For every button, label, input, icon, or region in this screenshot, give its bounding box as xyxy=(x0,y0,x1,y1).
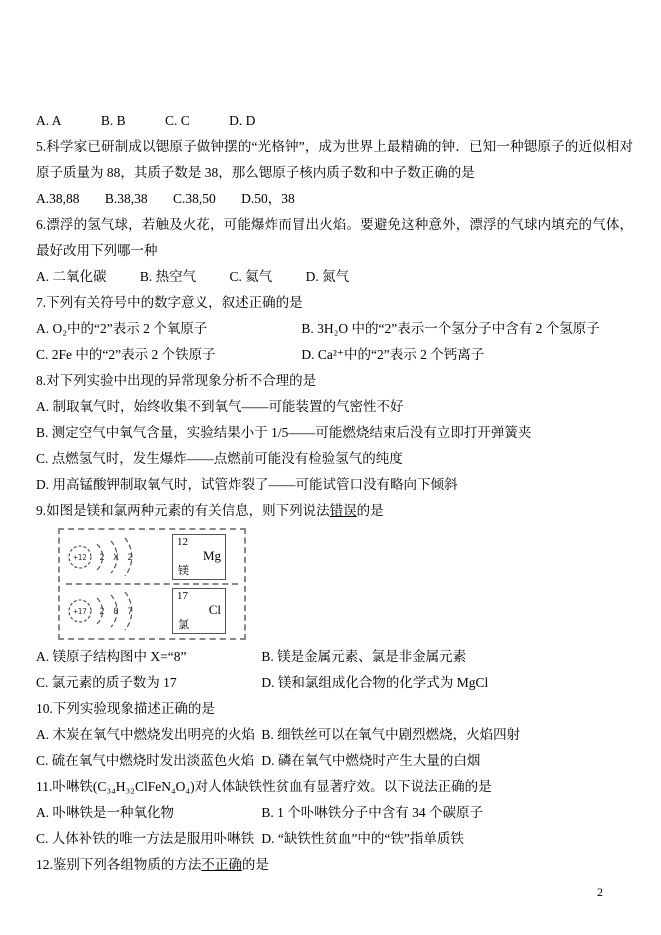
content-area: A. A B. B C. C D. D 5.科学家已研制成以锶原子做钟摆的“光格… xyxy=(36,108,633,878)
question5-options: A.38,88 B.38,38 C.38,50 D.50，38 xyxy=(36,186,633,212)
option-c: C. 氦气 xyxy=(230,264,273,290)
question9-options-row1: A. 镁原子结构图中 X=“8” B. 镁是金属元素、氯是非金属元素 xyxy=(36,644,633,670)
question12-stem-pre: 12.鉴别下列各组物质的方法 xyxy=(36,857,201,872)
svg-text:+17: +17 xyxy=(73,607,87,616)
option-b: B. 镁是金属元素、氯是非金属元素 xyxy=(261,644,466,670)
question7-options-row1: A. O₂中的“2”表示 2 个氧原子 B. 3H₂O 中的“2”表示一个氢分子… xyxy=(36,316,633,342)
question11-options-row1: A. 卟啉铁是一种氧化物 B. 1 个卟啉铁分子中含有 34 个碳原子 xyxy=(36,800,633,826)
mg-symbol: Mg xyxy=(203,549,221,563)
element-info-diagram: +12 2 X 2 12 Mg 镁 +17 xyxy=(58,528,246,640)
option-c: C. C xyxy=(165,108,190,134)
magnesium-atom-structure-diagram: +12 2 X 2 xyxy=(66,534,166,580)
svg-text:7: 7 xyxy=(127,607,132,617)
option-a: A.38,88 xyxy=(36,186,80,212)
question8-option-b: B. 测定空气中氧气含量，实验结果小于 1/5——可能燃烧结束后没有立即打开弹簧… xyxy=(36,420,633,446)
option-a: A. A xyxy=(36,108,62,134)
option-b: B. 热空气 xyxy=(140,264,196,290)
option-d: D.50，38 xyxy=(241,186,295,212)
svg-text:X: X xyxy=(113,553,119,563)
question6-stem: 6.漂浮的氢气球，若触及火花，可能爆炸而冒出火焰。要避免这种意外，漂浮的气球内填… xyxy=(36,212,633,264)
question6-options: A. 二氧化碳 B. 热空气 C. 氦气 D. 氮气 xyxy=(36,264,633,290)
diagram-divider xyxy=(66,583,238,585)
option-c: C. 硫在氧气中燃烧时发出淡蓝色火焰 xyxy=(36,748,258,774)
magnesium-element-box: 12 Mg 镁 xyxy=(172,534,226,580)
question8-option-a: A. 制取氧气时，始终收集不到氧气——可能装置的气密性不好 xyxy=(36,394,633,420)
option-b: B. 3H₂O 中的“2”表示一个氢分子中含有 2 个氢原子 xyxy=(301,316,599,342)
question8-option-d: D. 用高锰酸钾制取氧气时，试管炸裂了——可能试管口没有略向下倾斜 xyxy=(36,472,633,498)
question12-stem-post: 的是 xyxy=(242,857,269,872)
chlorine-element-box: 17 Cl 氯 xyxy=(172,588,226,634)
option-d: D. 镁和氯组成化合物的化学式为 MgCl xyxy=(261,670,488,696)
question9-stem-post: 的是 xyxy=(357,503,384,518)
option-b: B. 细铁丝可以在氧气中剧烈燃烧，火焰四射 xyxy=(261,722,520,748)
question4-answer-options: A. A B. B C. C D. D xyxy=(36,108,633,134)
svg-text:8: 8 xyxy=(113,607,118,617)
option-d: D. D xyxy=(229,108,255,134)
question8-option-c: C. 点燃氢气时，发生爆炸——点燃前可能没有检验氢气的纯度 xyxy=(36,446,633,472)
option-b: B.38,38 xyxy=(105,186,148,212)
svg-text:2: 2 xyxy=(99,607,104,617)
option-c: C. 人体补铁的唯一方法是服用卟啉铁 xyxy=(36,826,258,852)
option-a: A. O₂中的“2”表示 2 个氧原子 xyxy=(36,316,298,342)
question10-options-row1: A. 木炭在氧气中燃烧发出明亮的火焰 B. 细铁丝可以在氧气中剧烈燃烧，火焰四射 xyxy=(36,722,633,748)
option-a: A. 镁原子结构图中 X=“8” xyxy=(36,644,258,670)
cl-chinese-name: 氯 xyxy=(178,619,189,631)
option-d: D. 磷在氧气中燃烧时产生大量的白烟 xyxy=(261,748,480,774)
question10-options-row2: C. 硫在氧气中燃烧时发出淡蓝色火焰 D. 磷在氧气中燃烧时产生大量的白烟 xyxy=(36,748,633,774)
question5-stem: 5.科学家已研制成以锶原子做钟摆的“光格钟”，成为世界上最精确的钟．已知一种锶原… xyxy=(36,134,633,186)
cl-symbol: Cl xyxy=(209,603,221,617)
exam-paper-page: A. A B. B C. C D. D 5.科学家已研制成以锶原子做钟摆的“光格… xyxy=(0,0,661,935)
question9-stem-underlined: 错误 xyxy=(330,503,357,518)
option-b: B. 1 个卟啉铁分子中含有 34 个碳原子 xyxy=(261,800,483,826)
option-c: C. 氯元素的质子数为 17 xyxy=(36,670,258,696)
option-a: A. 二氧化碳 xyxy=(36,264,107,290)
svg-text:+12: +12 xyxy=(73,553,87,562)
magnesium-row: +12 2 X 2 12 Mg 镁 xyxy=(66,534,238,580)
question8-stem: 8.对下列实验中出现的异常现象分析不合理的是 xyxy=(36,368,633,394)
chlorine-atom-structure-diagram: +17 2 8 7 xyxy=(66,588,166,634)
question11-options-row2: C. 人体补铁的唯一方法是服用卟啉铁 D. “缺铁性贫血”中的“铁”指单质铁 xyxy=(36,826,633,852)
question9-options-row2: C. 氯元素的质子数为 17 D. 镁和氯组成化合物的化学式为 MgCl xyxy=(36,670,633,696)
option-c: C. 2Fe 中的“2”表示 2 个铁原子 xyxy=(36,342,298,368)
cl-atomic-number: 17 xyxy=(177,590,188,602)
question10-stem: 10.下列实验现象描述正确的是 xyxy=(36,696,633,722)
question11-stem: 11.卟啉铁(C₃₄H₃₂ClFeN₄O₄)对人体缺铁性贫血有显著疗效。以下说法… xyxy=(36,774,633,800)
question12-stem-underlined: 不正确 xyxy=(201,857,242,872)
question7-options-row2: C. 2Fe 中的“2”表示 2 个铁原子 D. Ca²⁺中的“2”表示 2 个… xyxy=(36,342,633,368)
question12-stem: 12.鉴别下列各组物质的方法不正确的是 xyxy=(36,852,633,878)
question9-stem: 9.如图是镁和氯两种元素的有关信息，则下列说法错误的是 xyxy=(36,498,633,524)
question7-stem: 7.下列有关符号中的数字意义，叙述正确的是 xyxy=(36,290,633,316)
page-number: 2 xyxy=(597,885,603,900)
option-a: A. 卟啉铁是一种氧化物 xyxy=(36,800,258,826)
question9-stem-pre: 9.如图是镁和氯两种元素的有关信息，则下列说法 xyxy=(36,503,330,518)
option-d: D. Ca²⁺中的“2”表示 2 个钙离子 xyxy=(301,342,484,368)
option-d: D. 氮气 xyxy=(306,264,350,290)
option-d: D. “缺铁性贫血”中的“铁”指单质铁 xyxy=(261,826,463,852)
svg-text:2: 2 xyxy=(127,553,132,563)
option-c: C.38,50 xyxy=(173,186,216,212)
option-b: B. B xyxy=(101,108,126,134)
mg-atomic-number: 12 xyxy=(177,536,188,548)
option-a: A. 木炭在氧气中燃烧发出明亮的火焰 xyxy=(36,722,258,748)
mg-chinese-name: 镁 xyxy=(178,565,189,577)
chlorine-row: +17 2 8 7 17 Cl 氯 xyxy=(66,588,238,634)
svg-text:2: 2 xyxy=(99,553,104,563)
